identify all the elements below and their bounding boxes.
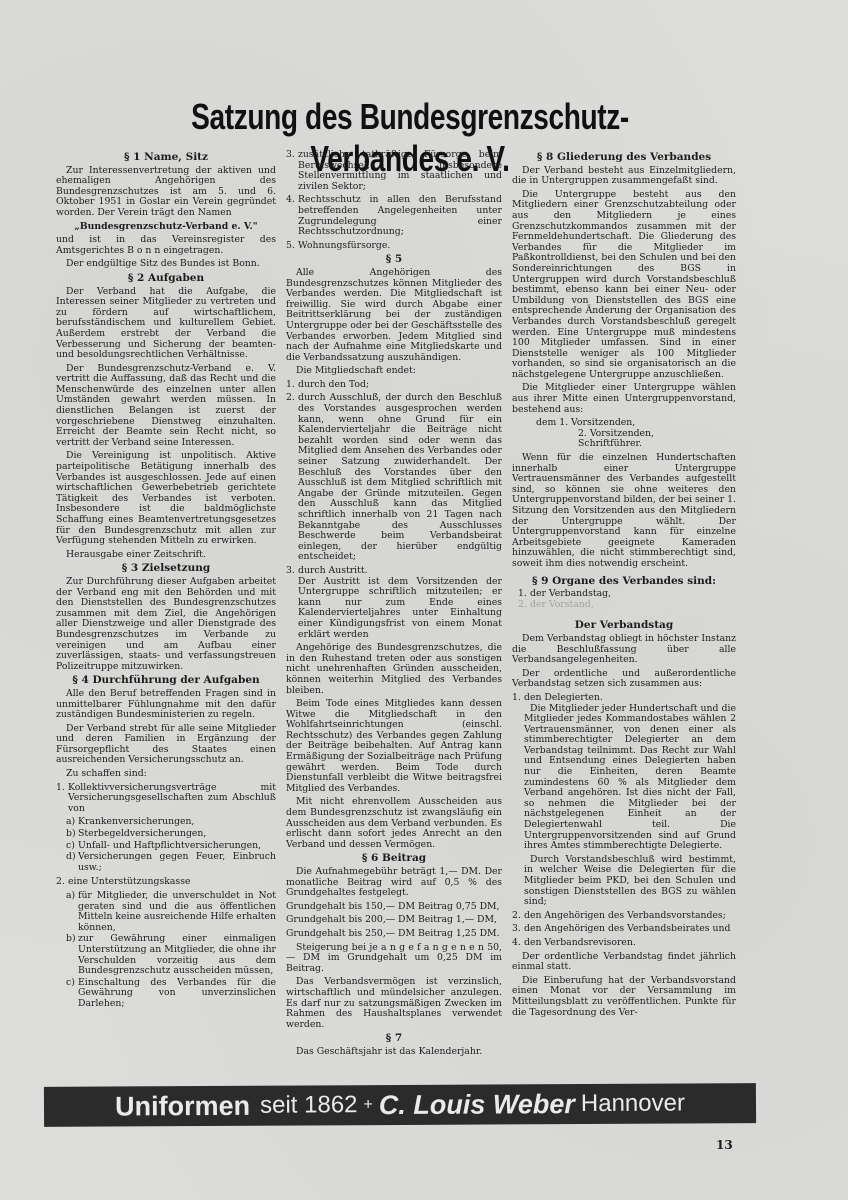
list-item: 5.Wohnungsfürsorge. xyxy=(286,241,502,252)
paragraph: Beim Tode eines Mitgliedes kann dessen W… xyxy=(286,699,502,794)
paragraph: Der Verband besteht aus Einzelmitglieder… xyxy=(512,166,736,187)
rate-line: Grundgehalt bis 150,— DM Beitrag 0,75 DM… xyxy=(286,902,502,913)
paragraph: Herausgabe einer Zeitschrift. xyxy=(56,550,276,561)
column-3: § 8 Gliederung des Verbandes Der Verband… xyxy=(512,150,736,1021)
section-heading-1: § 1 Name, Sitz xyxy=(56,152,276,163)
section-heading-8: § 8 Gliederung des Verbandes xyxy=(512,152,736,163)
paragraph: Die Vereinigung ist unpolitisch. Aktive … xyxy=(56,451,276,546)
section-heading-verbandstag: Der Verbandstag xyxy=(512,620,736,631)
list-item: 4.Rechtsschutz in allen den Berufsstand … xyxy=(286,195,502,237)
list-item: 3.den Angehörigen des Verbandsbeirates u… xyxy=(512,924,736,935)
paragraph: Der ordentliche Verbandstag findet jährl… xyxy=(512,952,736,973)
association-name: „Bundesgrenzschutz-Verband e. V." xyxy=(56,222,276,233)
paragraph: Mit nicht ehrenvollem Ausscheiden aus de… xyxy=(286,797,502,850)
list-item: 4.den Verbandsrevisoren. xyxy=(512,938,736,949)
document-page: Satzung des Bundesgrenzschutz-Verbandes … xyxy=(0,0,848,1200)
section-heading-2: § 2 Aufgaben xyxy=(56,273,276,284)
banner-city: Hannover xyxy=(581,1090,685,1119)
list-item: 2.durch Ausschluß, der durch den Beschlu… xyxy=(286,393,502,563)
paragraph: Die Mitglieder einer Untergruppe wählen … xyxy=(512,383,736,415)
column-1: § 1 Name, Sitz Zur Interessenvertretung … xyxy=(56,150,276,1011)
paragraph: Das Verbandsvermögen ist verzinslich, wi… xyxy=(286,977,502,1030)
paragraph: Der Bundesgrenzschutz-Verband e. V. vert… xyxy=(56,364,276,449)
list-item: 3.zusätzliche tatkräftige Fürsorge beim … xyxy=(286,150,502,192)
sub-list-item: c)Einschaltung des Verbandes für die Gew… xyxy=(66,978,276,1010)
rate-line: Grundgehalt bis 250,— DM Beitrag 1,25 DM… xyxy=(286,929,502,940)
rate-line: Grundgehalt bis 200,— DM Beitrag 1,— DM, xyxy=(286,915,502,926)
sub-list-item: b)zur Gewährung einer einmaligen Unterst… xyxy=(66,934,276,976)
list-item: 2.den Angehörigen des Verbandsvorstandes… xyxy=(512,911,736,922)
sub-list-item: d)Versicherungen gegen Feuer, Einbruch u… xyxy=(66,852,276,873)
section-heading-6: § 6 Beitrag xyxy=(286,853,502,864)
banner-company: C. Louis Weber xyxy=(379,1089,575,1121)
paragraph: Der endgültige Sitz des Bundes ist Bonn. xyxy=(56,259,276,270)
banner-uniformen: Uniformen xyxy=(115,1090,250,1122)
paragraph: Zu schaffen sind: xyxy=(56,769,276,780)
list-item: 2. eine Unterstützungskasse xyxy=(56,877,276,888)
list-item: 2.der Vorstand, xyxy=(518,600,736,611)
section-heading-9: § 9 Organe des Verbandes sind: xyxy=(512,576,736,587)
paragraph: Alle den Beruf betreffenden Fragen sind … xyxy=(56,689,276,721)
advertisement-banner: Uniformen seit 1862 + C. Louis Weber Han… xyxy=(44,1083,756,1127)
section-heading-7: § 7 xyxy=(286,1033,502,1044)
paragraph: Zur Durchführung dieser Aufgaben arbeite… xyxy=(56,577,276,672)
section-heading-4: § 4 Durchführung der Aufgaben xyxy=(56,675,276,686)
page-number: 13 xyxy=(716,1138,733,1152)
sub-list-item: a)für Mitglieder, die unverschuldet in N… xyxy=(66,891,276,933)
paragraph: Zur Interessenvertretung der aktiven und… xyxy=(56,166,276,219)
list-item: 1. den Delegierten. Die Mitglieder jeder… xyxy=(512,693,736,908)
section-heading-5: § 5 xyxy=(286,254,502,265)
paragraph: Steigerung bei je a n g e f a n g e n e … xyxy=(286,943,502,975)
paragraph: Die Mitgliedschaft endet: xyxy=(286,366,502,377)
column-2: 3.zusätzliche tatkräftige Fürsorge beim … xyxy=(286,150,502,1061)
paragraph: Die Einberufung hat der Verbandsvorstand… xyxy=(512,976,736,1018)
paragraph: Angehörige des Bundesgrenzschutzes, die … xyxy=(286,643,502,696)
paragraph: Der ordentliche und außerordentliche Ver… xyxy=(512,669,736,690)
sub-list-item: c)Unfall- und Haftpflichtversicherungen, xyxy=(66,841,276,852)
banner-separator: + xyxy=(363,1096,372,1114)
section-heading-3: § 3 Zielsetzung xyxy=(56,563,276,574)
paragraph: Der Verband hat die Aufgabe, die Interes… xyxy=(56,287,276,361)
sub-list-item: a)Krankenversicherungen, xyxy=(66,817,276,828)
paragraph: und ist in das Vereinsregister des Amtsg… xyxy=(56,235,276,256)
list-item: 1.durch den Tod; xyxy=(286,380,502,391)
board-list: dem 1. Vorsitzenden, 2. Vorsitzenden, Sc… xyxy=(536,418,736,450)
paragraph: Dem Verbandstag obliegt in höchster Inst… xyxy=(512,634,736,666)
paragraph: Alle Angehörigen des Bundesgrenzschutzes… xyxy=(286,268,502,363)
banner-since: seit 1862 xyxy=(260,1091,358,1120)
paragraph: Wenn für die einzelnen Hundertschaften i… xyxy=(512,453,736,570)
paragraph: Das Geschäftsjahr ist das Kalenderjahr. xyxy=(286,1047,502,1058)
list-item: 1. Kollektivversicherungsverträge mit Ve… xyxy=(56,783,276,815)
paragraph: Der Verband strebt für alle seine Mitgli… xyxy=(56,724,276,766)
sub-list-item: b)Sterbegeldversicherungen, xyxy=(66,829,276,840)
list-item: 3.durch Austritt.Der Austritt ist dem Vo… xyxy=(286,566,502,640)
paragraph: Die Untergruppe besteht aus den Mitglied… xyxy=(512,190,736,381)
paragraph: Die Aufnahmegebühr beträgt 1,— DM. Der m… xyxy=(286,867,502,899)
